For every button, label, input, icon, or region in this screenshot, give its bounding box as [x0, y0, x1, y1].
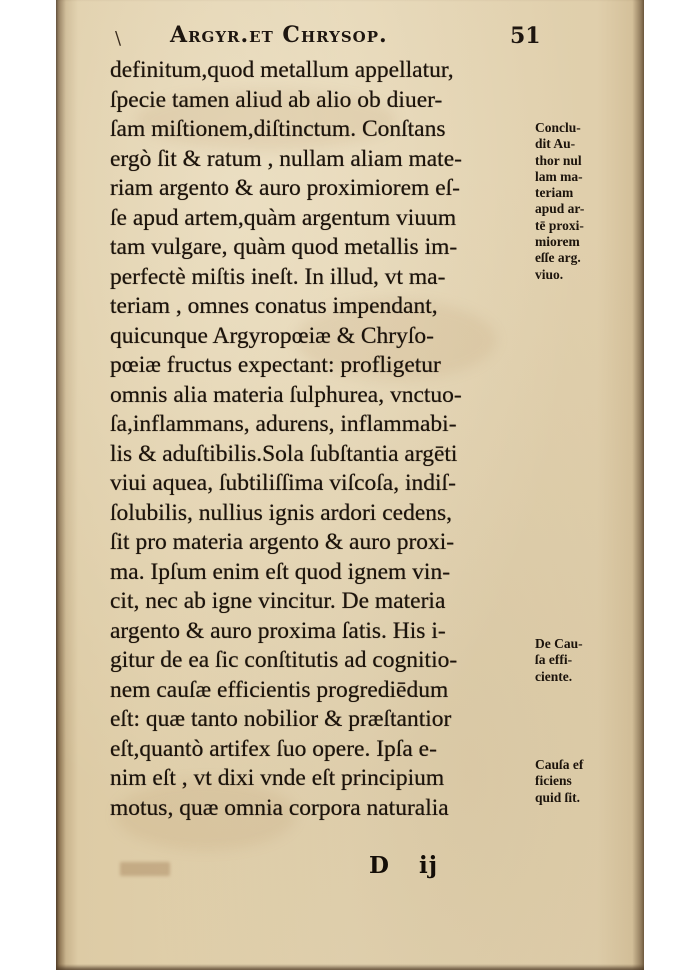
text-line: lis & aduſtibilis.Sola ſubſtantia argēti: [110, 440, 540, 470]
margin-note-line: ficiens: [535, 773, 615, 789]
text-line: ma. Ipſum enim eſt quod ignem vin-: [110, 558, 540, 588]
text-line: nim eſt , vt dixi vnde eſt principium: [110, 764, 540, 794]
margin-note-line: Conclu-: [535, 120, 615, 136]
text-line: ſit pro materia argento & auro proxi-: [110, 528, 540, 558]
running-head-title: Argyr.et Chrysop.: [170, 22, 388, 48]
text-line: ſe apud artem,quàm argentum viuum: [110, 204, 540, 234]
text-line: motus, quæ omnia corpora naturalia: [110, 794, 540, 824]
margin-note-line: miorem: [535, 234, 615, 250]
text-line: tam vulgare, quàm quod metallis im-: [110, 233, 540, 263]
running-head-mark: \: [115, 28, 121, 49]
margin-note-efficient-cause: De Cau- ſa effi- ciente.: [535, 636, 615, 685]
margin-note-line: De Cau-: [535, 636, 615, 652]
signature-letter: D: [369, 852, 390, 879]
text-line: teriam , omnes conatus impendant,: [110, 292, 540, 322]
margin-note-line: ſa effi-: [535, 652, 615, 668]
body-text: definitum,quod metallum appellatur, ſpec…: [110, 56, 540, 823]
text-line: ſpecie tamen aliud ab alio ob diuer-: [110, 86, 540, 116]
text-line: ſolubilis, nullius ignis ardori cedens,: [110, 499, 540, 529]
text-line: riam argento & auro proximiorem eſ-: [110, 174, 540, 204]
text-line: cit, nec ab igne vincitur. De materia: [110, 587, 540, 617]
margin-note-line: ciente.: [535, 669, 615, 685]
margin-note-line: apud ar-: [535, 201, 615, 217]
text-line: ſam miſtionem,diſtinctum. Conſtans: [110, 115, 540, 145]
margin-note-line: thor nul: [535, 153, 615, 169]
margin-note-line: Cauſa ef: [535, 757, 615, 773]
text-line: nem cauſæ efficientis progrediēdum: [110, 676, 540, 706]
margin-note-line: viuo.: [535, 267, 615, 283]
running-head: \ Argyr.et Chrysop. 51: [115, 22, 555, 52]
text-line: ergò ſit & ratum , nullam aliam mate-: [110, 145, 540, 175]
margin-note-what-is-cause: Cauſa ef ficiens quid ſit.: [535, 757, 615, 806]
text-line: omnis alia materia ſulphurea, vnctuo-: [110, 381, 540, 411]
margin-note-line: tē proxi-: [535, 218, 615, 234]
margin-note-line: eſſe arg.: [535, 250, 615, 266]
margin-note-line: dit Au-: [535, 136, 615, 152]
signature-number: ij: [419, 852, 438, 879]
signature-mark: D ij: [369, 852, 438, 879]
text-line: argento & auro proxima ſatis. His i-: [110, 617, 540, 647]
text-line: definitum,quod metallum appellatur,: [110, 56, 540, 86]
ink-bleed-through: [120, 862, 170, 876]
text-line: ſa,inflammans, adurens, inflammabi-: [110, 410, 540, 440]
text-line: eſt: quæ tanto nobilior & præſtantior: [110, 705, 540, 735]
margin-note-conclusion: Conclu- dit Au- thor nul lam ma- teriam …: [535, 120, 615, 283]
text-line: quicunque Argyropœiæ & Chryſo-: [110, 322, 540, 352]
text-line: gitur de ea ſic conſtitutis ad cognitio-: [110, 646, 540, 676]
text-line: perfectè miſtis ineſt. In illud, vt ma-: [110, 263, 540, 293]
page-number: 51: [510, 23, 541, 49]
text-line: pœiæ fructus expectant: profligetur: [110, 351, 540, 381]
margin-note-line: teriam: [535, 185, 615, 201]
margin-note-line: quid ſit.: [535, 790, 615, 806]
text-line: viui aquea, ſubtiliſſima viſcoſa, indiſ-: [110, 469, 540, 499]
text-line: eſt,quantò artifex ſuo opere. Ipſa e-: [110, 735, 540, 765]
margin-note-line: lam ma-: [535, 169, 615, 185]
